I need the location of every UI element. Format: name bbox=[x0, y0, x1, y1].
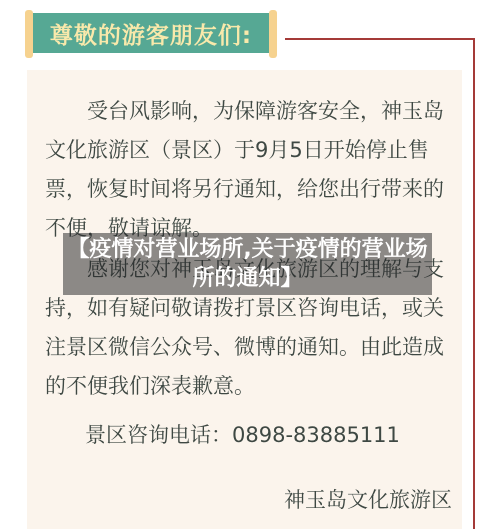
notice-line: 文化旅游区（景区）于9月5日开始停止售 bbox=[45, 131, 445, 170]
notice-line: 票，恢复时间将另行通知，给您出行带来的 bbox=[45, 170, 445, 209]
hotline-row: 景区咨询电话：0898-83885111 bbox=[85, 416, 445, 455]
notice-page: 尊敬的游客朋友们: 受台风影响，为保障游客安全，神玉岛 文化旅游区（景区）于9月… bbox=[0, 0, 500, 529]
notice-line: 的不便我们深表歉意。 bbox=[45, 367, 445, 406]
banner-end-cap-right bbox=[269, 10, 277, 58]
frame-line-top bbox=[285, 38, 474, 40]
paragraph-typhoon: 受台风影响，为保障游客安全，神玉岛 文化旅游区（景区）于9月5日开始停止售 票，… bbox=[45, 92, 445, 248]
hotline-label: 景区咨询电话： bbox=[85, 423, 232, 447]
notice-body-panel: 受台风影响，为保障游客安全，神玉岛 文化旅游区（景区）于9月5日开始停止售 票，… bbox=[27, 70, 462, 529]
banner-title: 尊敬的游客朋友们: bbox=[50, 17, 252, 50]
banner-plate: 尊敬的游客朋友们: bbox=[33, 13, 269, 53]
banner-end-cap-left bbox=[25, 10, 33, 58]
title-overlay: 【疫情对营业场所,关于疫情的营业场 所的通知】 bbox=[63, 233, 432, 295]
notice-line: 受台风影响，为保障游客安全，神玉岛 bbox=[45, 92, 445, 131]
overlay-title-line: 【疫情对营业场所,关于疫情的营业场 bbox=[67, 235, 427, 264]
frame-line-right bbox=[473, 38, 475, 529]
hotline-number: 0898-83885111 bbox=[232, 423, 400, 447]
overlay-title-line: 所的通知】 bbox=[192, 264, 302, 293]
signature: 神玉岛文化旅游区 bbox=[45, 487, 452, 513]
greeting-banner: 尊敬的游客朋友们: bbox=[25, 10, 277, 58]
notice-line: 注景区微信公众号、微博的通知。由此造成 bbox=[45, 328, 445, 367]
